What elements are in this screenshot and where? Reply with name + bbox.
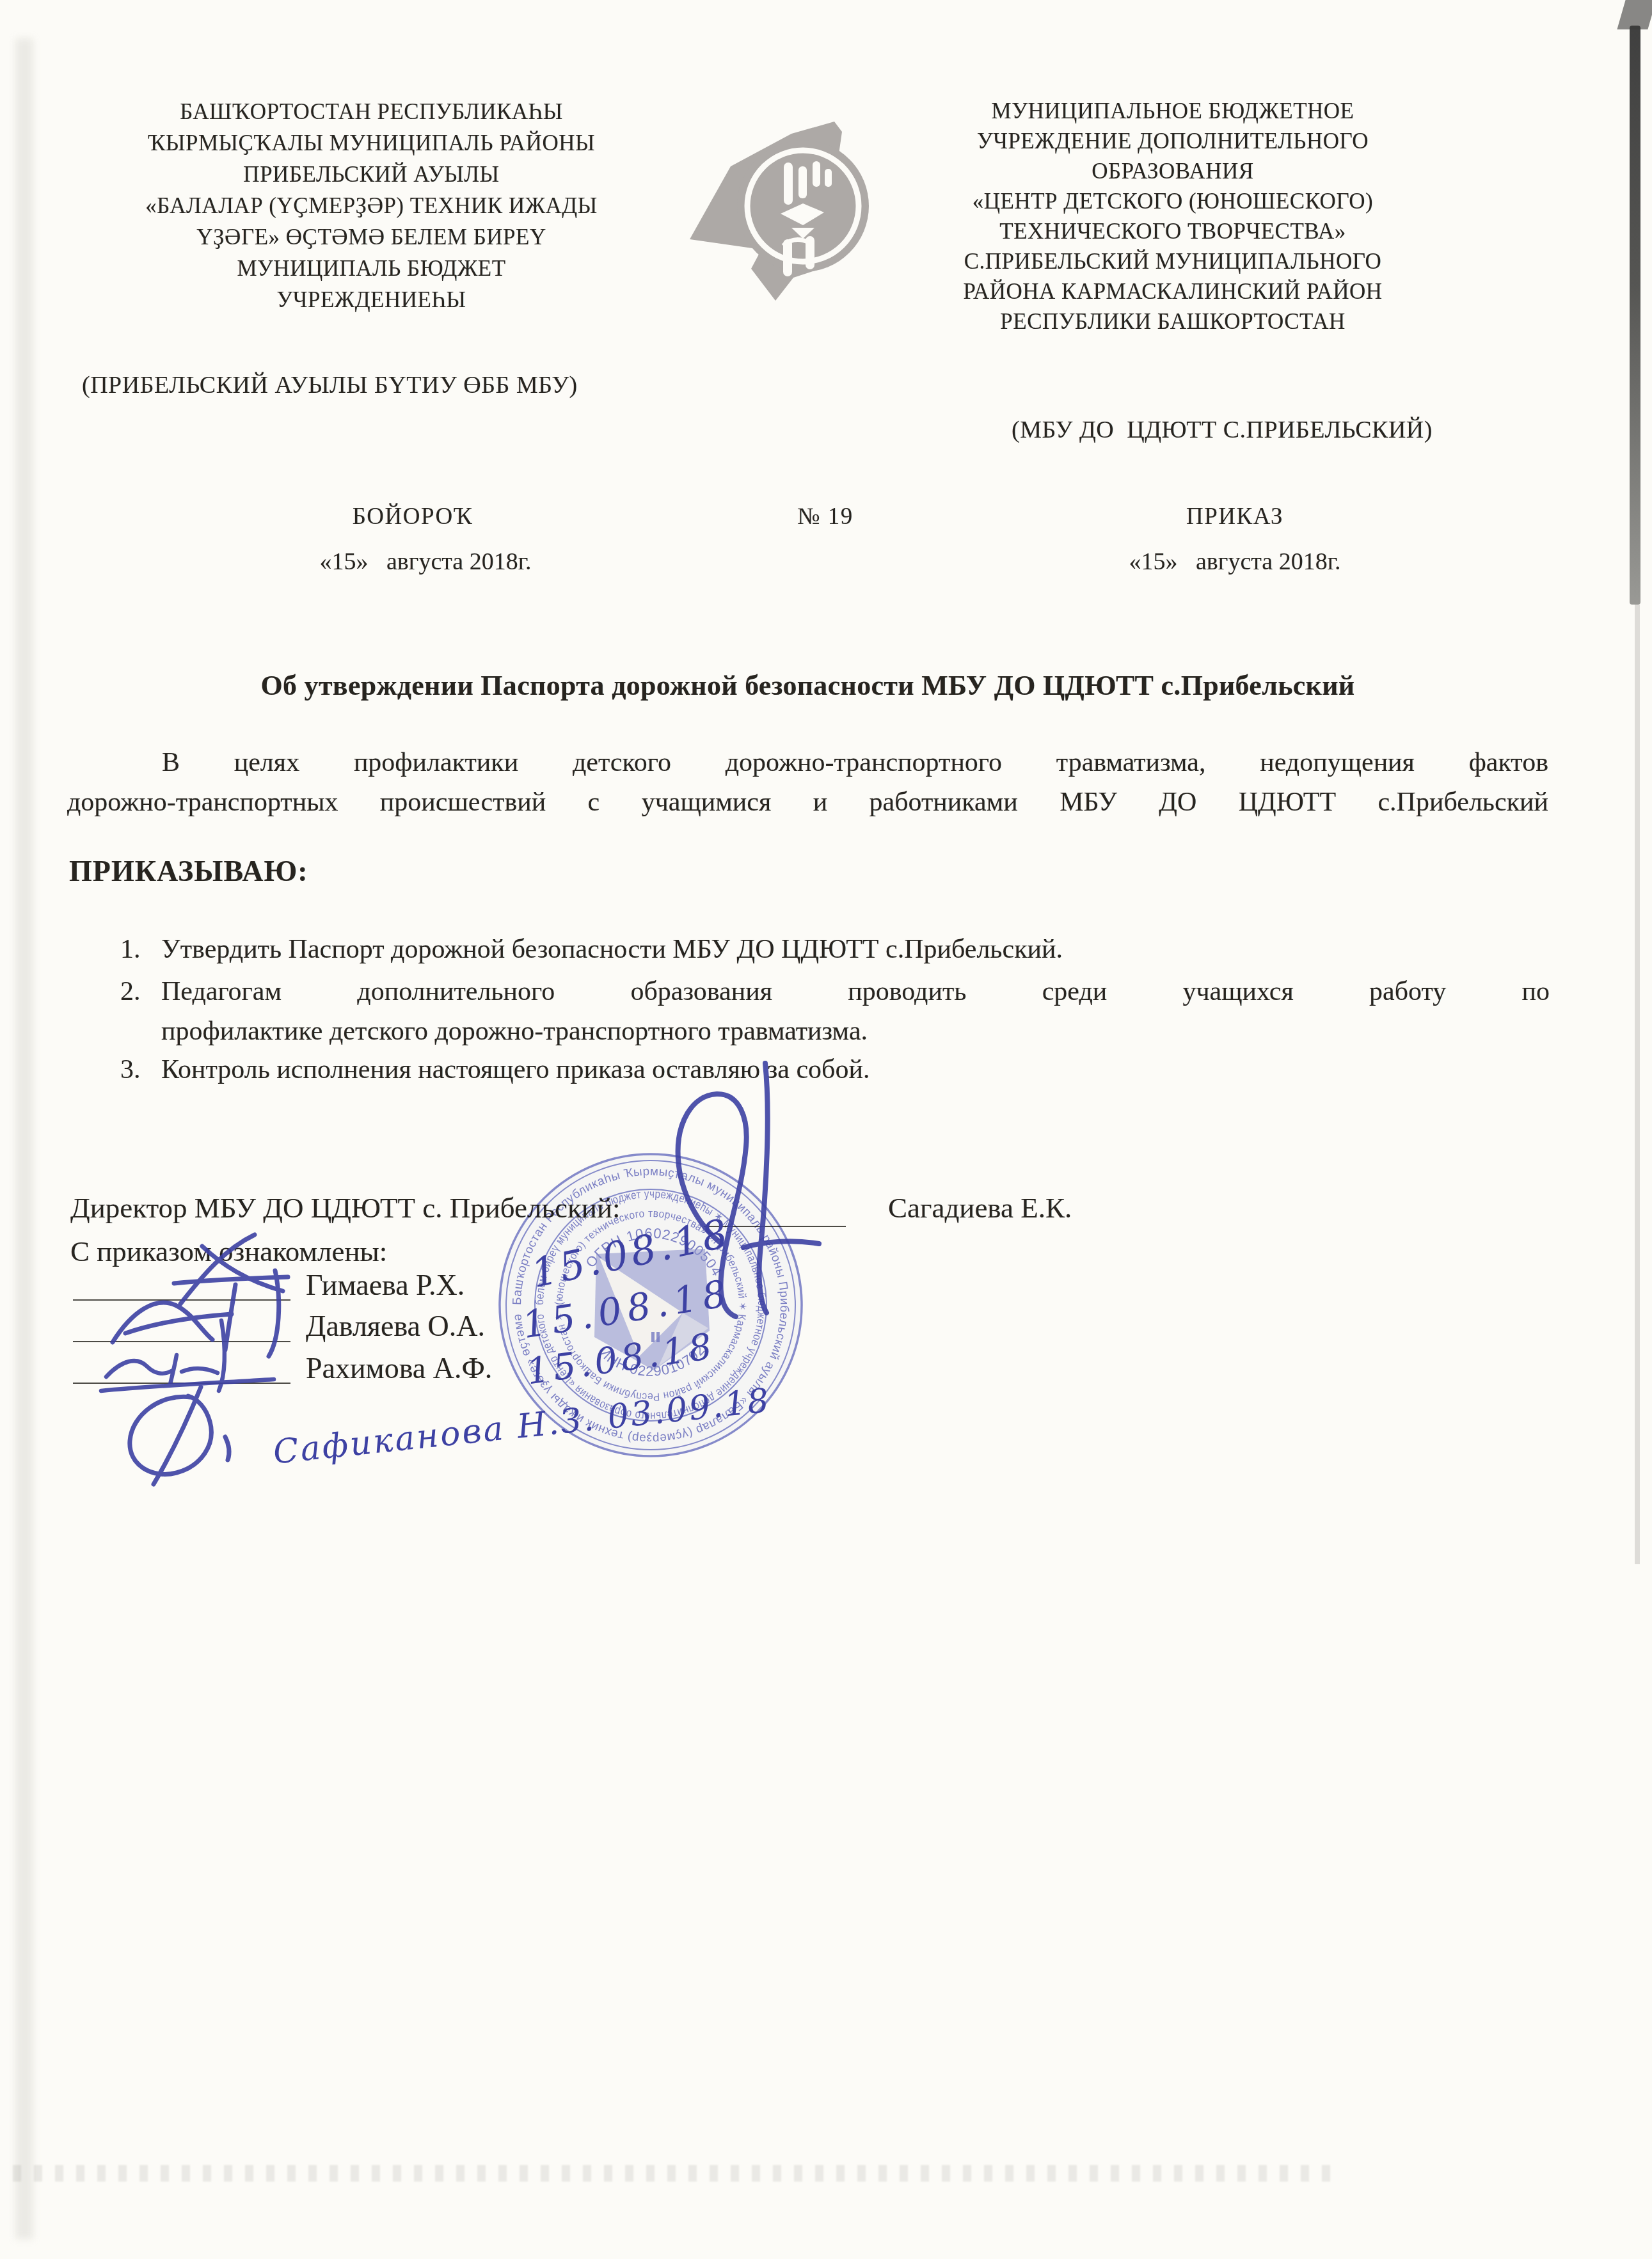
ack-signature-4 [130,1387,229,1484]
order-word-russian: ПРИКАЗ [1107,503,1363,530]
signature-line [73,1299,290,1301]
order-date-left: «15» августа 2018г. [275,548,576,576]
scan-shadow-left [15,38,33,2239]
scan-corner-mark [1617,0,1652,29]
org-line: «БАЛАЛАР (ҮҪМЕРҘӘР) ТЕХНИК ИЖАДЫ [82,190,661,221]
document-title: Об утверждении Паспорта дорожной безопас… [67,669,1548,702]
signature-line [73,1341,290,1342]
org-line: «ЦЕНТР ДЕТСКОГО (ЮНОШЕСКОГО) [914,186,1432,216]
org-line: ҠЫРМЫҪҠАЛЫ МУНИЦИПАЛЬ РАЙОНЫ [82,127,661,159]
list-number: 2. [120,976,141,1007]
org-line: МУНИЦИПАЛЬ БЮДЖЕТ [82,253,661,284]
org-line: РАЙОНА КАРМАСКАЛИНСКИЙ РАЙОН [914,276,1432,306]
ack-name: Давляева О.А. [306,1309,485,1343]
director-name: Сагадиева Е.К. [888,1191,1072,1225]
list-item: Контроль исполнения настоящего приказа о… [161,1054,1550,1085]
handwritten-ink-layer [0,0,1652,2259]
list-number: 3. [120,1054,141,1085]
org-line: С.ПРИБЕЛЬСКИЙ МУНИЦИПАЛЬНОГО [914,246,1432,276]
org-line: УЧРЕЖДЕНИЕҺЫ [82,284,661,315]
org-line: УЧРЕЖДЕНИЕ ДОПОЛНИТЕЛЬНОГО [914,126,1432,156]
org-abbr-bashkir: (ПРИБЕЛЬСКИЙ АУЫЛЫ БҮТИУ ӨББ МБУ) [82,371,578,399]
order-number: № 19 [761,503,889,530]
order-date-right: «15» августа 2018г. [1084,548,1385,576]
org-line: МУНИЦИПАЛЬНОЕ БЮДЖЕТНОЕ [914,96,1432,126]
order-word-bashkir: БОЙОРОҠ [285,503,541,530]
ack-name: Гимаева Р.Х. [306,1268,465,1302]
scan-edge-right-faint [1635,605,1640,1564]
org-line: ОБРАЗОВАНИЯ [914,156,1432,186]
scan-noise-bottom [13,2165,1331,2182]
ack-signature-2 [113,1271,279,1356]
org-line: ПРИБЕЛЬСКИЙ АУЫЛЫ [82,159,661,190]
scan-edge-right [1630,26,1640,605]
org-emblem-icon [686,116,873,303]
list-item: профилактике детского дорожно-транспортн… [161,1016,1550,1047]
org-name-bashkir: БАШҠОРТОСТАН РЕСПУБЛИКАҺЫ ҠЫРМЫҪҠАЛЫ МУН… [82,96,661,315]
org-line: ТЕХНИЧЕСКОГО ТВОРЧЕСТВА» [914,216,1432,246]
list-item: Педагогам дополнительного образования пр… [161,976,1550,1007]
org-line: РЕСПУБЛИКИ БАШКОРТОСТАН [914,306,1432,337]
command-word: ПРИКАЗЫВАЮ: [69,854,308,888]
paragraph-line: дорожно-транспортных происшествий с учащ… [67,787,1548,818]
list-number: 1. [120,934,141,965]
org-line: ҮҘӘГЕ» ӨҪТӘМӘ БЕЛЕМ БИРЕҮ [82,221,661,253]
org-name-russian: МУНИЦИПАЛЬНОЕ БЮДЖЕТНОЕ УЧРЕЖДЕНИЕ ДОПОЛ… [914,96,1432,337]
ack-signature-3 [101,1320,274,1391]
org-line: БАШҠОРТОСТАН РЕСПУБЛИКАҺЫ [82,96,661,127]
ack-label: С приказом ознакомлены: [70,1235,387,1268]
scanned-order-document: БАШҠОРТОСТАН РЕСПУБЛИКАҺЫ ҠЫРМЫҪҠАЛЫ МУН… [0,0,1652,2259]
paragraph-line: В целях профилактики детского дорожно-тр… [67,747,1548,778]
list-item: Утвердить Паспорт дорожной безопасности … [161,934,1550,965]
ack-name: Рахимова А.Ф. [306,1351,492,1385]
signature-line [73,1383,290,1384]
org-abbr-russian: (МБУ ДО ЦДЮТТ С.ПРИБЕЛЬСКИЙ) [969,416,1475,444]
